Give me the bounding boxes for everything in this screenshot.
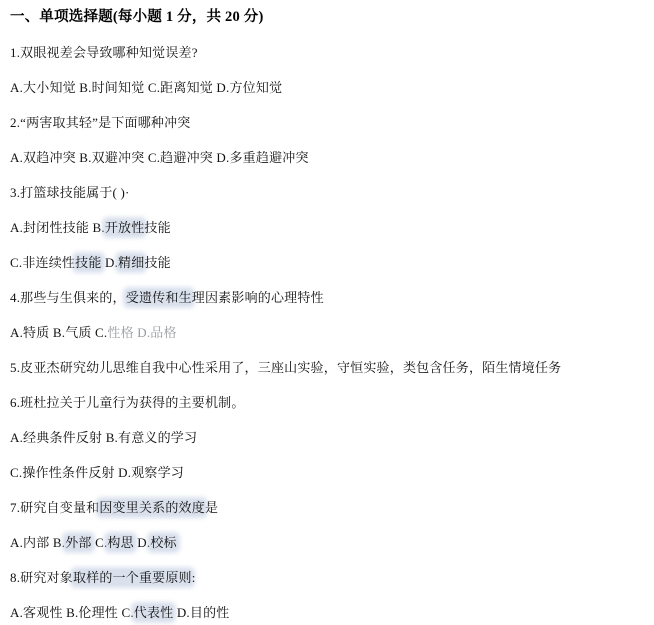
text-segment: : [192,570,196,585]
question-list: 1.双眼视差会导致哪种知觉误差?A.大小知觉 B.时间知觉 C.距离知觉 D.方… [10,35,644,625]
options-8: A.客观性 B.伦理性 C.代表性 D.目的性 [10,595,644,625]
text-segment: 5.皮亚杰研究幼儿思维自我中心性采用了，三座山实验，守恒实验，类包含任务，陌生情… [10,360,561,375]
text-segment: 技能 [144,220,170,235]
text-segment: 6.班杜拉关于儿童行为获得的主要机制。 [10,395,245,410]
text-segment: 1.双眼视差会导致哪种知觉误差? [10,45,198,60]
question-6: 6.班杜拉关于儿童行为获得的主要机制。 [10,385,644,420]
text-segment: 受遗传和生 [126,290,192,305]
text-segment: 是 [205,500,218,515]
options-4: A.特质 B.气质 C.性格 D.品格 [10,315,644,350]
options-2: A.双趋冲突 B.双避冲突 C.趋避冲突 D.多重趋避冲突 [10,140,644,175]
options-6-row-1: A.经典条件反射 B.有意义的学习 [10,420,644,455]
text-segment: 3.打篮球技能属于( )· [10,185,130,200]
options-6-row-2: C.操作性条件反射 D.观察学习 [10,455,644,490]
text-segment: A.特质 B.气质 C. [10,325,107,340]
question-4: 4.那些与生俱来的，受遗传和生理因素影响的心理特性 [10,280,644,315]
text-segment: 性格 D.品格 [107,325,176,340]
text-segment: 2.“两害取其轻”是下面哪种冲突 [10,115,191,130]
text-segment: 取样的一个重要原则 [73,570,192,585]
text-segment: 精细 [118,255,144,270]
text-segment: 理因素影响的心理特性 [192,290,324,305]
text-segment: C.操作性条件反射 D.观察学习 [10,465,184,480]
text-segment: A.经典条件反射 B.有意义的学习 [10,430,197,445]
question-8: 8.研究对象取样的一个重要原则: [10,560,644,595]
text-segment: A.双趋冲突 B.双避冲突 C.趋避冲突 D.多重趋避冲突 [10,150,309,165]
text-segment: 代表性 [134,605,174,620]
text-segment: A.大小知觉 B.时间知觉 C.距离知觉 D.方位知觉 [10,80,282,95]
question-2: 2.“两害取其轻”是下面哪种冲突 [10,105,644,140]
options-3-row-2: C.非连续性技能 D.精细技能 [10,245,644,280]
text-segment: 因变里关系的效度 [99,500,205,515]
text-segment: D. [134,535,151,550]
text-segment: C.非连续性 [10,255,75,270]
exam-document: 一、单项选择题(每小题 1 分，共 20 分) 1.双眼视差会导致哪种知觉误差?… [0,0,654,625]
section-title: 一、单项选择题(每小题 1 分，共 20 分) [10,0,644,35]
question-3: 3.打篮球技能属于( )· [10,175,644,210]
options-1: A.大小知觉 B.时间知觉 C.距离知觉 D.方位知觉 [10,70,644,105]
text-segment: A.内部 B. [10,535,65,550]
text-segment: C. [92,535,108,550]
text-segment: 构思 [107,535,133,550]
text-segment: 外部 [65,535,91,550]
text-segment: 开放性 [105,220,145,235]
text-segment: 技能 [144,255,170,270]
text-segment: A.客观性 B.伦理性 C. [10,605,134,620]
text-segment: 8.研究对象 [10,570,73,585]
text-segment: 校标 [150,535,176,550]
question-5: 5.皮亚杰研究幼儿思维自我中心性采用了，三座山实验，守恒实验，类包含任务，陌生情… [10,350,644,385]
text-segment: 4.那些与生俱来的， [10,290,126,305]
text-segment: D. [102,255,119,270]
text-segment: A.封闭性技能 B. [10,220,105,235]
text-segment: 7.研究自变量和 [10,500,99,515]
question-7: 7.研究自变量和因变里关系的效度是 [10,490,644,525]
question-1: 1.双眼视差会导致哪种知觉误差? [10,35,644,70]
text-segment: 技能 [75,255,101,270]
options-7: A.内部 B.外部 C.构思 D.校标 [10,525,644,560]
options-3-row-1: A.封闭性技能 B.开放性技能 [10,210,644,245]
text-segment: D.目的性 [173,605,229,620]
